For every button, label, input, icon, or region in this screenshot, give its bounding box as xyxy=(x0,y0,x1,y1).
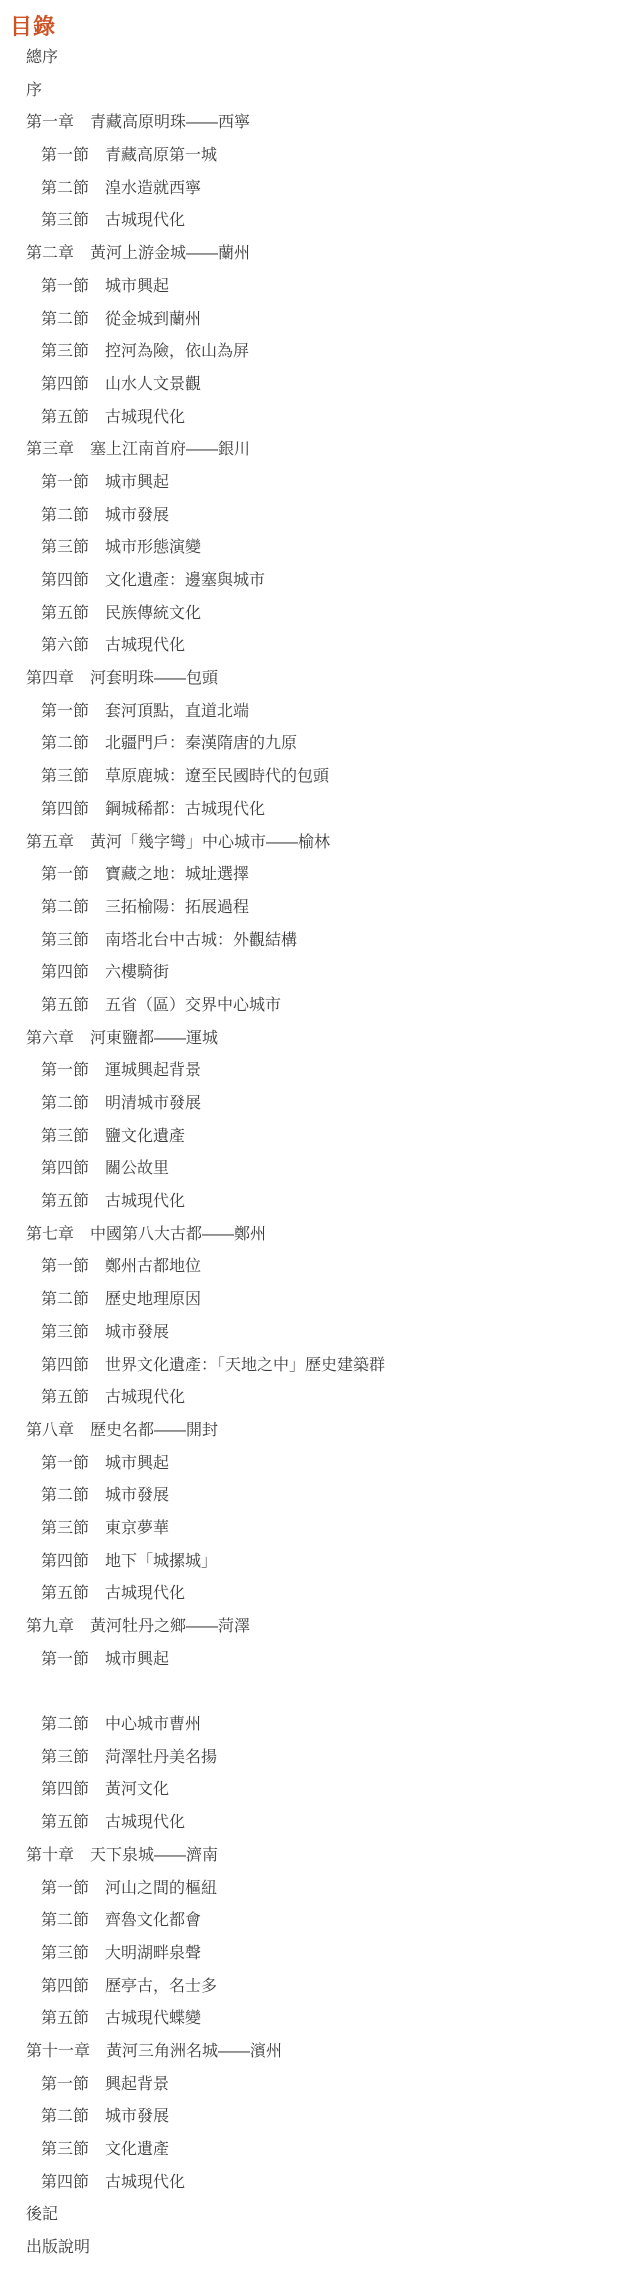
toc-item-section[interactable]: 第二節 從金城到蘭州 xyxy=(41,304,622,337)
toc-item-section[interactable]: 第四節 古城現代化 xyxy=(41,2167,622,2200)
toc-item-chapter[interactable]: 第三章 塞上江南首府——銀川 xyxy=(26,434,622,467)
toc-item-section[interactable]: 第五節 古城現代化 xyxy=(41,1186,622,1219)
toc-item-section[interactable]: 第三節 古城現代化 xyxy=(41,205,622,238)
toc-item-section[interactable]: 第一節 城市興起 xyxy=(41,271,622,304)
page-title: 目錄 xyxy=(10,12,622,42)
toc-item-section[interactable]: 第一節 城市興起 xyxy=(41,467,622,500)
toc-item-section[interactable]: 第四節 山水人文景觀 xyxy=(41,369,622,402)
toc-item-section[interactable]: 第五節 五省（區）交界中心城市 xyxy=(41,990,622,1023)
toc-item-section[interactable]: 第一節 興起背景 xyxy=(41,2069,622,2102)
toc-item-chapter[interactable]: 第十一章 黃河三角洲名城——濱州 xyxy=(26,2036,622,2069)
toc-item-section[interactable]: 第四節 世界文化遺產：「天地之中」歷史建築群 xyxy=(41,1350,622,1383)
toc-item-section[interactable]: 第二節 齊魯文化都會 xyxy=(41,1905,622,1938)
toc-page: 目錄 總序序第一章 青藏高原明珠——西寧第一節 青藏高原第一城第二節 湟水造就西… xyxy=(0,0,622,2285)
toc-item-section[interactable]: 第三節 城市發展 xyxy=(41,1317,622,1350)
toc-item-section[interactable]: 第三節 南塔北台中古城：外觀結構 xyxy=(41,925,622,958)
toc-item-section[interactable]: 第四節 歷亭古，名士多 xyxy=(41,1971,622,2004)
toc-item-front-matter[interactable]: 序 xyxy=(26,75,622,108)
toc-item-section[interactable]: 第六節 古城現代化 xyxy=(41,630,622,663)
toc-item-section[interactable]: 第二節 歷史地理原因 xyxy=(41,1284,622,1317)
toc-item-section[interactable]: 第四節 文化遺產：邊塞與城市 xyxy=(41,565,622,598)
toc-item-section[interactable]: 第三節 城市形態演變 xyxy=(41,532,622,565)
toc-item-section[interactable]: 第二節 三拓榆陽：拓展過程 xyxy=(41,892,622,925)
toc-item-section[interactable]: 第二節 湟水造就西寧 xyxy=(41,173,622,206)
toc-item-section[interactable]: 第四節 黃河文化 xyxy=(41,1774,622,1807)
toc-item-section[interactable]: 第二節 明清城市發展 xyxy=(41,1088,622,1121)
toc-item-section[interactable]: 第一節 運城興起背景 xyxy=(41,1055,622,1088)
toc-item-section[interactable]: 第一節 青藏高原第一城 xyxy=(41,140,622,173)
toc-item-chapter[interactable]: 第十章 天下泉城——濟南 xyxy=(26,1840,622,1873)
toc-item-section[interactable]: 第一節 寶藏之地：城址選擇 xyxy=(41,859,622,892)
toc-item-section[interactable]: 第五節 古城現代蝶變 xyxy=(41,2003,622,2036)
toc-item-front-matter[interactable]: 總序 xyxy=(26,42,622,75)
toc-item-section[interactable]: 第二節 城市發展 xyxy=(41,1480,622,1513)
toc-item-section[interactable]: 第五節 古城現代化 xyxy=(41,1578,622,1611)
toc-item-chapter[interactable]: 第九章 黃河牡丹之鄉——菏澤 xyxy=(26,1611,622,1644)
toc-item-section[interactable]: 第三節 東京夢華 xyxy=(41,1513,622,1546)
toc-item-chapter[interactable]: 第五章 黃河「幾字彎」中心城市——榆林 xyxy=(26,827,622,860)
toc-item-chapter[interactable]: 第七章 中國第八大古都——鄭州 xyxy=(26,1219,622,1252)
toc-item-chapter[interactable]: 第二章 黃河上游金城——蘭州 xyxy=(26,238,622,271)
toc-item-section[interactable]: 第二節 城市發展 xyxy=(41,500,622,533)
toc-item-section[interactable]: 第四節 關公故里 xyxy=(41,1153,622,1186)
toc-item-section[interactable]: 第三節 大明湖畔泉聲 xyxy=(41,1938,622,1971)
toc-item-section[interactable]: 第一節 套河頂點，直道北端 xyxy=(41,696,622,729)
toc-item-section[interactable]: 第五節 古城現代化 xyxy=(41,402,622,435)
toc-item-back-matter[interactable]: 後記 xyxy=(26,2199,622,2232)
toc-item-section[interactable]: 第二節 城市發展 xyxy=(41,2101,622,2134)
toc-item-section[interactable]: 第一節 鄭州古都地位 xyxy=(41,1251,622,1284)
toc-item-section[interactable]: 第三節 菏澤牡丹美名揚 xyxy=(41,1742,622,1775)
toc-item-section[interactable]: 第四節 六樓騎街 xyxy=(41,957,622,990)
toc-item-chapter[interactable]: 第四章 河套明珠——包頭 xyxy=(26,663,622,696)
toc-spacer xyxy=(41,1676,622,1709)
toc-item-chapter[interactable]: 第一章 青藏高原明珠——西寧 xyxy=(26,107,622,140)
toc-item-section[interactable]: 第三節 鹽文化遺產 xyxy=(41,1121,622,1154)
toc-item-section[interactable]: 第一節 城市興起 xyxy=(41,1644,622,1677)
toc-item-chapter[interactable]: 第六章 河東鹽都——運城 xyxy=(26,1023,622,1056)
toc-item-section[interactable]: 第三節 控河為險，依山為屏 xyxy=(41,336,622,369)
toc-item-section[interactable]: 第一節 河山之間的樞紐 xyxy=(41,1873,622,1906)
toc-item-section[interactable]: 第二節 中心城市曹州 xyxy=(41,1709,622,1742)
toc-item-section[interactable]: 第四節 地下「城摞城」 xyxy=(41,1546,622,1579)
toc-item-section[interactable]: 第三節 文化遺產 xyxy=(41,2134,622,2167)
toc-item-section[interactable]: 第五節 民族傳統文化 xyxy=(41,598,622,631)
toc-item-section[interactable]: 第一節 城市興起 xyxy=(41,1448,622,1481)
toc-item-section[interactable]: 第三節 草原鹿城：遼至民國時代的包頭 xyxy=(41,761,622,794)
toc-item-section[interactable]: 第五節 古城現代化 xyxy=(41,1807,622,1840)
toc-item-chapter[interactable]: 第八章 歷史名都——開封 xyxy=(26,1415,622,1448)
toc-item-section[interactable]: 第四節 鋼城稀都：古城現代化 xyxy=(41,794,622,827)
toc-item-back-matter[interactable]: 出版說明 xyxy=(26,2232,622,2265)
toc-item-section[interactable]: 第五節 古城現代化 xyxy=(41,1382,622,1415)
toc-list: 總序序第一章 青藏高原明珠——西寧第一節 青藏高原第一城第二節 湟水造就西寧第三… xyxy=(0,42,622,2265)
toc-item-section[interactable]: 第二節 北疆門戶：秦漢隋唐的九原 xyxy=(41,728,622,761)
